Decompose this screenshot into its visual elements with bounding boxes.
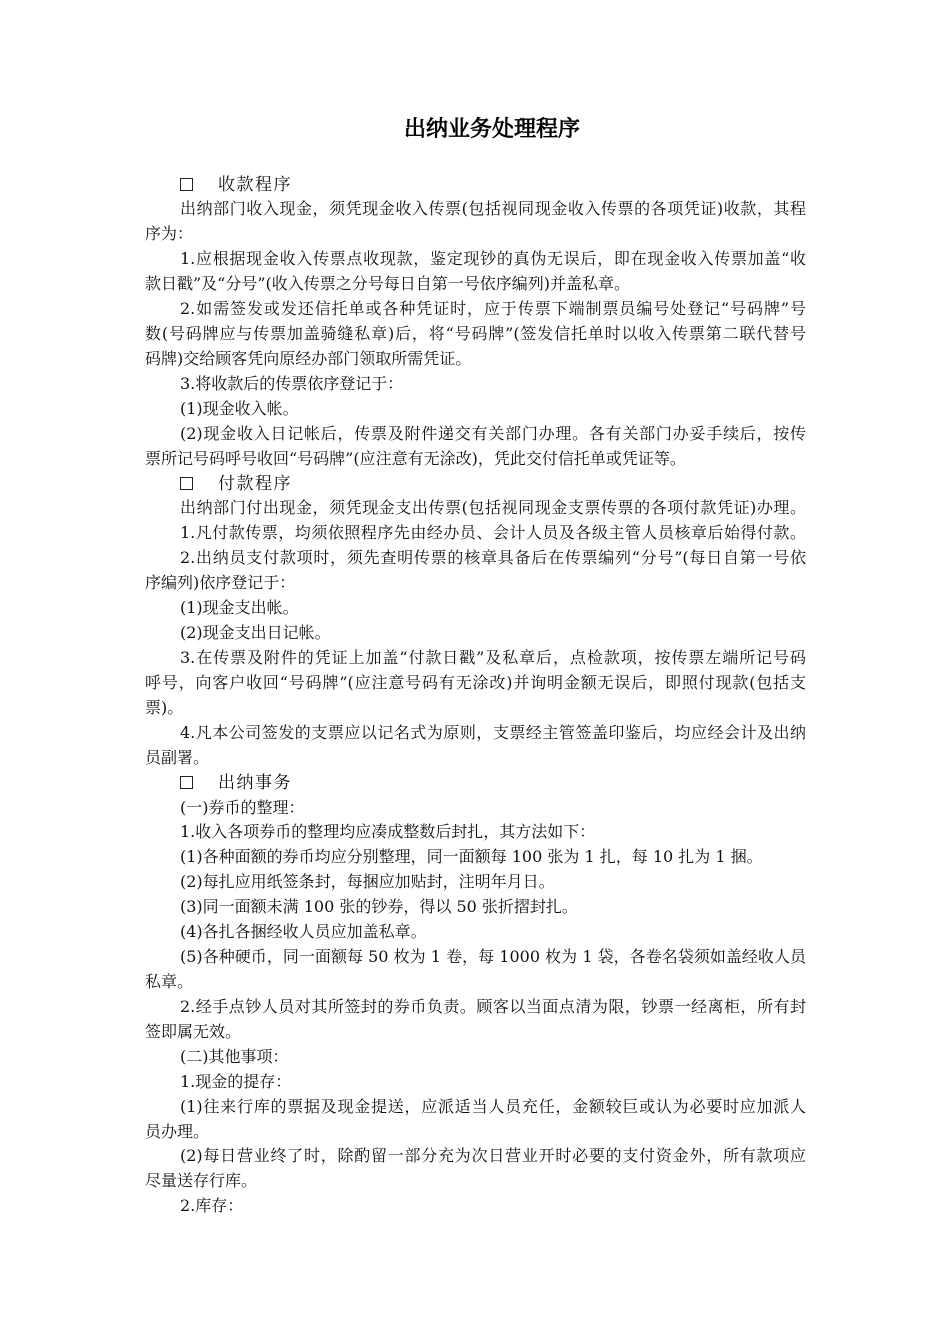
paragraph: (1)现金支出帐。 <box>145 596 806 621</box>
paragraph: 出纳部门收入现金，须凭现金收入传票(包括视同现金收入传票的各项凭证)收款，其程 … <box>145 197 806 247</box>
section-heading-text: 收款程序 <box>218 175 292 195</box>
paragraph-line: 1.收入各项券币的整理均应凑成整数后封扎，其方法如下： <box>145 820 806 845</box>
paragraph: 3.在传票及附件的凭证上加盖“付款日戳”及私章后，点检款项，按传票左端所记号码 … <box>145 646 806 721</box>
paragraph-line: 员副署。 <box>145 746 806 771</box>
paragraph-line: (5)各种硬币，同一面额每 50 枚为 1 卷，每 1000 枚为 1 袋，各卷… <box>145 945 806 970</box>
document-page: 出纳业务处理程序 收款程序 出纳部门收入现金，须凭现金收入传票(包括视同现金收入… <box>0 0 950 1344</box>
paragraph-line: 4.凡本公司签发的支票应以记名式为原则，支票经主管签盖印鉴后，均应经会计及出纳 <box>145 721 806 746</box>
paragraph: (2)现金收入日记帐后，传票及附件递交有关部门办理。各有关部门办妥手续后，按传 … <box>145 422 806 472</box>
paragraph: 2.经手点钞人员对其所签封的券币负责。顾客以当面点清为限，钞票一经离柜，所有封 … <box>145 995 806 1045</box>
section-heading: 出纳事务 <box>145 771 806 796</box>
paragraph-line: 2.经手点钞人员对其所签封的券币负责。顾客以当面点清为限，钞票一经离柜，所有封 <box>145 995 806 1020</box>
paragraph-line: 员办理。 <box>145 1120 806 1145</box>
paragraph-line: (2)每扎应用纸签条封，每捆应加贴封，注明年月日。 <box>145 870 806 895</box>
document-title: 出纳业务处理程序 <box>392 114 592 146</box>
section-receipt-procedure: 收款程序 出纳部门收入现金，须凭现金收入传票(包括视同现金收入传票的各项凭证)收… <box>145 173 806 472</box>
paragraph-line: 序编列)依序登记于： <box>145 571 806 596</box>
paragraph-line: 2.如需签发或发还信托单或各种凭证时，应于传票下端制票员编号处登记“号码牌”号 <box>145 297 806 322</box>
paragraph-line: (1)现金收入帐。 <box>145 397 806 422</box>
paragraph-line: (4)各扎各捆经收人员应加盖私章。 <box>145 920 806 945</box>
paragraph: (1)往来行库的票据及现金提送，应派适当人员充任，金额较巨或认为必要时应加派人 … <box>145 1095 806 1145</box>
section-heading: 收款程序 <box>145 173 806 198</box>
square-outline-icon <box>180 477 193 490</box>
paragraph-line: 2.库存： <box>145 1194 806 1219</box>
paragraph: (一)券币的整理： <box>145 796 806 821</box>
section-heading-text: 出纳事务 <box>218 773 292 793</box>
paragraph-line: 3.在传票及附件的凭证上加盖“付款日戳”及私章后，点检款项，按传票左端所记号码 <box>145 646 806 671</box>
paragraph: (5)各种硬币，同一面额每 50 枚为 1 卷，每 1000 枚为 1 袋，各卷… <box>145 945 806 995</box>
square-outline-icon <box>180 776 193 789</box>
paragraph: 1.收入各项券币的整理均应凑成整数后封扎，其方法如下： <box>145 820 806 845</box>
paragraph: 1.现金的提存： <box>145 1070 806 1095</box>
document-body: 收款程序 出纳部门收入现金，须凭现金收入传票(包括视同现金收入传票的各项凭证)收… <box>145 173 806 1220</box>
paragraph-line: 签即属无效。 <box>145 1020 806 1045</box>
paragraph: (3)同一面额未满 100 张的钞券，得以 50 张折摺封扎。 <box>145 895 806 920</box>
paragraph: 2.出纳员支付款项时，须先查明传票的核章具备后在传票编列“分号”(每日自第一号依… <box>145 546 806 596</box>
paragraph-line: (1)往来行库的票据及现金提送，应派适当人员充任，金额较巨或认为必要时应加派人 <box>145 1095 806 1120</box>
paragraph-line: (1)现金支出帐。 <box>145 596 806 621</box>
paragraph-line: 款日戳”及“分号”(收入传票之分号每日自第一号依序编列)并盖私章。 <box>145 272 806 297</box>
paragraph-line: 3.将收款后的传票依序登记于： <box>145 372 806 397</box>
paragraph-line: (一)券币的整理： <box>145 796 806 821</box>
paragraph-line: (1)各种面额的券币均应分别整理，同一面额每 100 张为 1 扎，每 10 扎… <box>145 845 806 870</box>
section-heading: 付款程序 <box>145 472 806 497</box>
paragraph-line: 码牌)交给顾客凭向原经办部门领取所需凭证。 <box>145 347 806 372</box>
paragraph: 1.应根据现金收入传票点收现款，鉴定现钞的真伪无误后，即在现金收入传票加盖“收 … <box>145 247 806 297</box>
paragraph: 3.将收款后的传票依序登记于： <box>145 372 806 397</box>
paragraph: 2.库存： <box>145 1194 806 1219</box>
paragraph: (2)每日营业终了时，除酌留一部分充为次日营业开时必要的支付资金外，所有款项应 … <box>145 1144 806 1194</box>
paragraph-line: 序为： <box>145 222 806 247</box>
paragraph-line: (2)每日营业终了时，除酌留一部分充为次日营业开时必要的支付资金外，所有款项应 <box>145 1144 806 1169</box>
paragraph-line: 出纳部门付出现金，须凭现金支出传票(包括视同现金支票传票的各项付款凭证)办理。 <box>145 496 806 521</box>
paragraph-line: 票)。 <box>145 696 806 721</box>
paragraph: (1)现金收入帐。 <box>145 397 806 422</box>
section-payment-procedure: 付款程序 出纳部门付出现金，须凭现金支出传票(包括视同现金支票传票的各项付款凭证… <box>145 472 806 771</box>
paragraph-line: 1.凡付款传票，均须依照程序先由经办员、会计人员及各级主管人员核章后始得付款。 <box>145 521 806 546</box>
paragraph-line: 出纳部门收入现金，须凭现金收入传票(包括视同现金收入传票的各项凭证)收款，其程 <box>145 197 806 222</box>
paragraph: 出纳部门付出现金，须凭现金支出传票(包括视同现金支票传票的各项付款凭证)办理。 <box>145 496 806 521</box>
paragraph-line: 1.现金的提存： <box>145 1070 806 1095</box>
paragraph: 2.如需签发或发还信托单或各种凭证时，应于传票下端制票员编号处登记“号码牌”号 … <box>145 297 806 372</box>
paragraph: (1)各种面额的券币均应分别整理，同一面额每 100 张为 1 扎，每 10 扎… <box>145 845 806 870</box>
paragraph-line: (2)现金收入日记帐后，传票及附件递交有关部门办理。各有关部门办妥手续后，按传 <box>145 422 806 447</box>
paragraph: (2)每扎应用纸签条封，每捆应加贴封，注明年月日。 <box>145 870 806 895</box>
paragraph-line: (2)现金支出日记帐。 <box>145 621 806 646</box>
paragraph: (二)其他事项： <box>145 1045 806 1070</box>
square-outline-icon <box>180 178 193 191</box>
paragraph: 4.凡本公司签发的支票应以记名式为原则，支票经主管签盖印鉴后，均应经会计及出纳 … <box>145 721 806 771</box>
paragraph-line: 私章。 <box>145 970 806 995</box>
paragraph-line: 1.应根据现金收入传票点收现款，鉴定现钞的真伪无误后，即在现金收入传票加盖“收 <box>145 247 806 272</box>
paragraph-line: (二)其他事项： <box>145 1045 806 1070</box>
paragraph: (2)现金支出日记帐。 <box>145 621 806 646</box>
paragraph: 1.凡付款传票，均须依照程序先由经办员、会计人员及各级主管人员核章后始得付款。 <box>145 521 806 546</box>
paragraph-line: 2.出纳员支付款项时，须先查明传票的核章具备后在传票编列“分号”(每日自第一号依 <box>145 546 806 571</box>
section-heading-text: 付款程序 <box>218 474 292 494</box>
paragraph-line: 数(号码牌应与传票加盖骑缝私章)后，将“号码牌”(签发信托单时以收入传票第二联代… <box>145 322 806 347</box>
section-cashier-affairs: 出纳事务 (一)券币的整理： 1.收入各项券币的整理均应凑成整数后封扎，其方法如… <box>145 771 806 1220</box>
paragraph-line: (3)同一面额未满 100 张的钞券，得以 50 张折摺封扎。 <box>145 895 806 920</box>
paragraph: (4)各扎各捆经收人员应加盖私章。 <box>145 920 806 945</box>
paragraph-line: 呼号，向客户收回“号码牌”(应注意号码有无涂改)并询明金额无误后，即照付现款(包… <box>145 671 806 696</box>
paragraph-line: 尽量送存行库。 <box>145 1169 806 1194</box>
paragraph-line: 票所记号码呼号收回“号码牌”(应注意有无涂改)，凭此交付信托单或凭证等。 <box>145 447 806 472</box>
